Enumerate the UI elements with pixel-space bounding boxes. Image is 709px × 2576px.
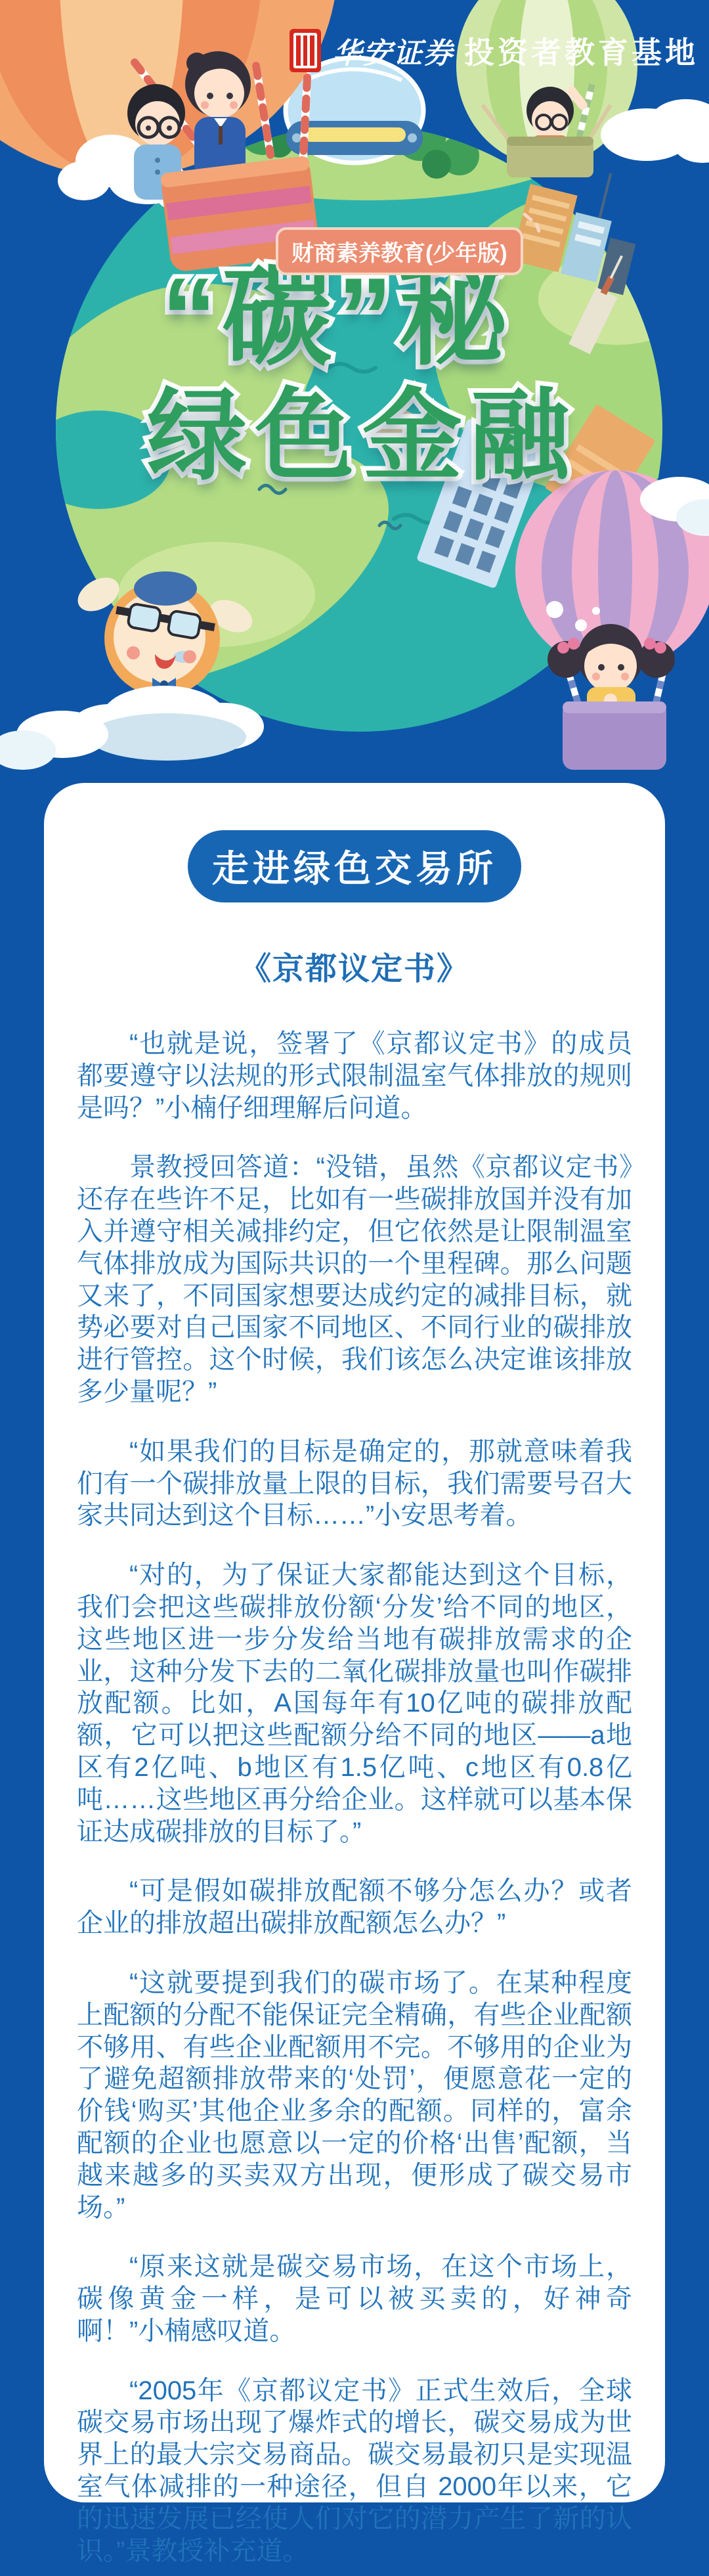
paragraph: “如果我们的目标是确定的，那就意味着我们有一个碳排放量上限的目标，我们需要号召大… [77,1436,632,1532]
header-illustration: 华安证券 投资者教育基地 财商素养教育(少年版) “碳”秘 绿色金融 [0,0,709,783]
section-header-button[interactable]: 走进绿色交易所 [188,830,521,902]
brand-logo: 华安证券 投资者教育基地 [290,29,698,72]
paragraph: “2005年《京都议定书》正式生效后，全球碳交易市场出现了爆炸式的增长，碳交易成… [77,2375,632,2567]
article-body: “也就是说，签署了《京都议定书》的成员都要遵守以法规的形式限制温室气体排放的规则… [77,1028,632,2567]
hero-title-line2: 绿色金融 [8,386,709,486]
huaan-securities-seal-icon [290,29,321,72]
paragraph: “可是假如碳排放配额不够分怎么办？或者企业的排放超出碳排放配额怎么办？” [77,1875,632,1940]
paragraph: “也就是说，签署了《京都议定书》的成员都要遵守以法规的形式限制温室气体排放的规则… [77,1028,632,1124]
brand-suffix: 投资者教育基地 [464,29,698,72]
paragraph: 景教授回答道：“没错，虽然《京都议定书》还存在些许不足，比如有一些碳排放国并没有… [77,1151,632,1408]
article-title: 《京都议定书》 [77,943,632,988]
hero-title-line1: “碳”秘 [0,261,692,372]
paragraph: “这就要提到我们的碳市场了。在某种程度上配额的分配不能保证完全精确，有些企业配额… [77,1967,632,2223]
article-card: 走进绿色交易所 《京都议定书》 “也就是说，签署了《京都议定书》的成员都要遵守以… [44,783,665,2502]
poster-page: 华安证券 投资者教育基地 财商素养教育(少年版) “碳”秘 绿色金融 走进绿色交… [0,0,709,2576]
paragraph: “对的，为了保证大家都能达到这个目标，我们会把这些碳排放份额‘分发’给不同的地区… [77,1559,632,1848]
brand-name: 华安证券 [333,30,454,72]
paragraph: “原来这就是碳交易市场，在这个市场上，碳像黄金一样，是可以被买卖的，好神奇啊！”… [77,2251,632,2347]
edition-badge: 财商素养教育(少年版) [276,227,523,275]
hot-air-balloon-green-icon [456,0,637,177]
